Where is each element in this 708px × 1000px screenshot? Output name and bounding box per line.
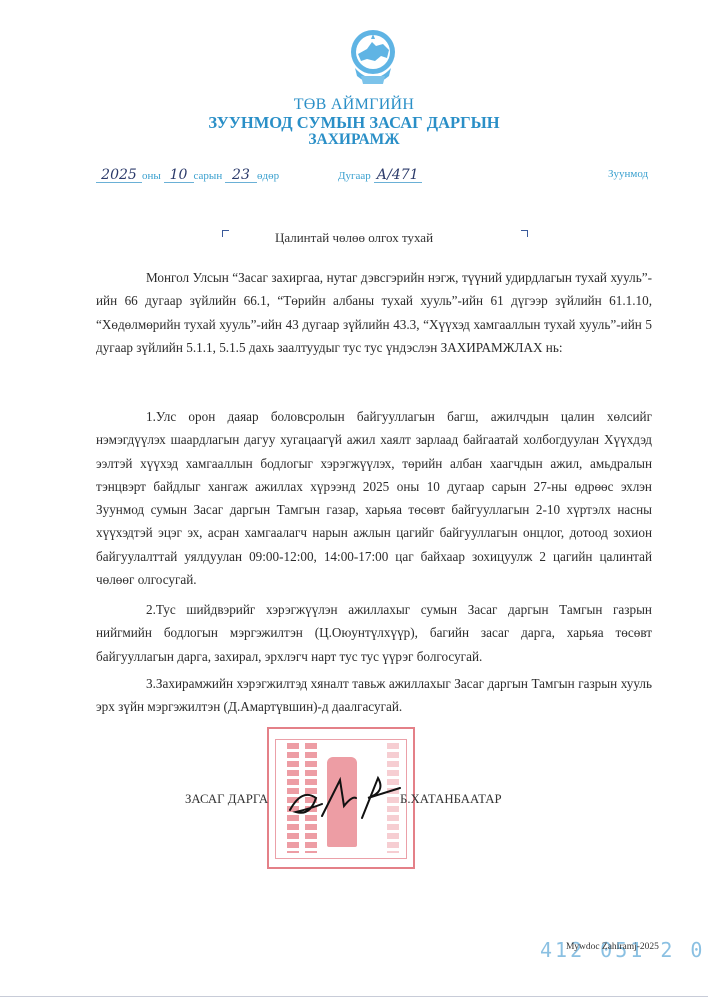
order-item-text: 2.Тус шийдвэрийг хэрэгжүүлэн ажиллахыг с…	[96, 598, 652, 668]
date-month: 10	[164, 168, 194, 183]
number-value: А/471	[374, 168, 422, 183]
order-item-1: 1.Улс орон даяар боловсролын байгууллагы…	[96, 405, 652, 591]
number-label: Дугаар	[338, 170, 371, 182]
order-item-text: 3.Захирамжийн хэрэгжилтэд хяналт тавьж а…	[96, 672, 652, 719]
date-year: 2025	[96, 168, 142, 183]
date-day: 23	[225, 168, 257, 183]
year-suffix: оны	[142, 170, 161, 182]
preamble-text: Монгол Улсын “Засаг захиргаа, нутаг дэвс…	[96, 266, 652, 359]
document-place: Зуунмод	[608, 168, 648, 180]
order-item-2: 2.Тус шийдвэрийг хэрэгжүүлэн ажиллахыг с…	[96, 598, 652, 668]
footer-doc-label: Муwdoc Zahiramj-2025	[566, 942, 659, 952]
document-date: 2025оны 10сарын 23өдөр	[96, 168, 279, 183]
header-office: ЗУУНМОД СУМЫН ЗАСАГ ДАРГЫН	[0, 113, 708, 133]
signatory-title: ЗАСАГ ДАРГА	[185, 792, 268, 807]
header-doc-type: ЗАХИРАМЖ	[0, 131, 708, 149]
page-edge-divider	[0, 996, 708, 997]
order-item-3: 3.Захирамжийн хэрэгжилтэд хяналт тавьж а…	[96, 672, 652, 719]
day-suffix: өдөр	[257, 170, 279, 182]
header-province: ТӨВ АЙМГИЙН	[0, 96, 708, 114]
document-subject: Цалинтай чөлөө олгох тухай	[0, 230, 708, 246]
handwritten-signature-icon	[282, 758, 402, 838]
document-number: Дугаар А/471	[338, 168, 422, 183]
month-suffix: сарын	[194, 170, 223, 182]
mongolia-state-emblem-icon	[345, 28, 401, 88]
signatory-name: Б.ХАТАНБААТАР	[400, 792, 502, 807]
preamble: Монгол Улсын “Засаг захиргаа, нутаг дэвс…	[96, 266, 652, 359]
order-item-text: 1.Улс орон даяар боловсролын байгууллагы…	[96, 405, 652, 591]
